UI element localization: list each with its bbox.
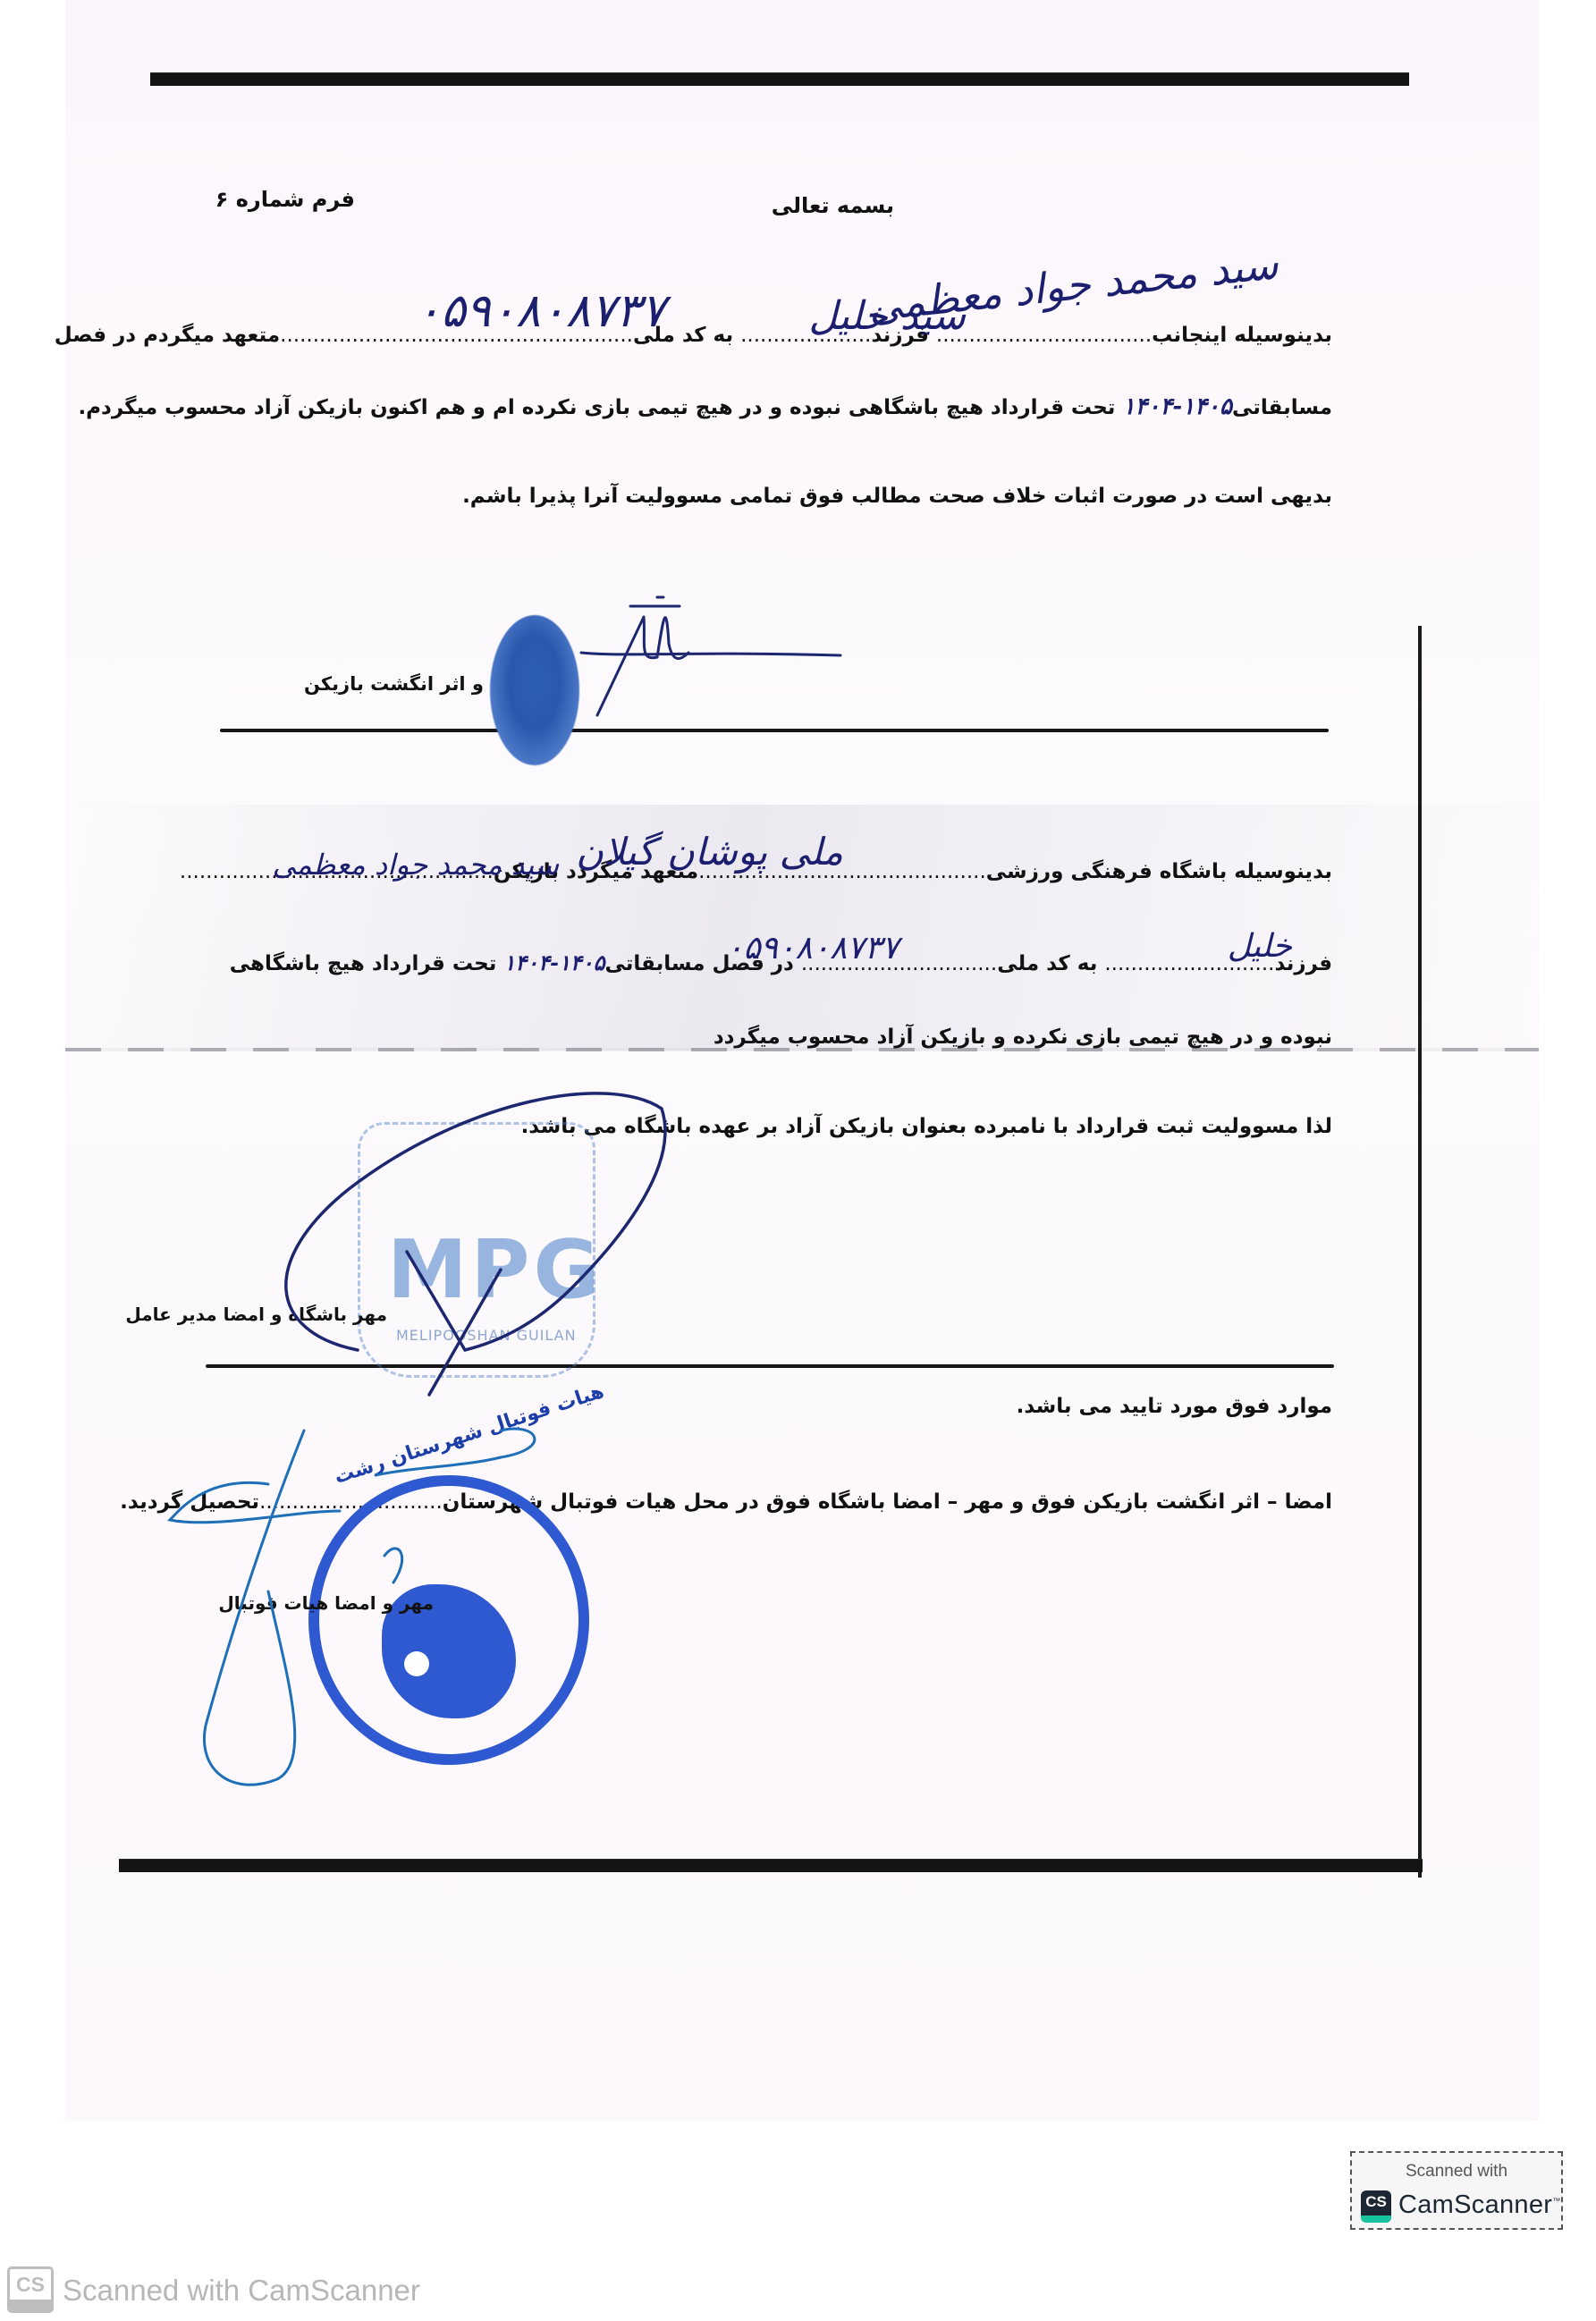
camscanner-brand: CamScanner™ xyxy=(1398,2190,1561,2220)
handwritten-father-name: سید خلیل xyxy=(808,293,966,339)
federation-line-1: موارد فوق مورد تایید می باشد. xyxy=(1017,1393,1332,1420)
handwritten-club-season: ۱۴۰۵-۱۴۰۴ xyxy=(503,949,604,975)
handwritten-national-code: ۰۵۹۰۸۰۸۷۳۷ xyxy=(416,284,665,338)
label-commit: متعهد میگردم در فصل xyxy=(55,324,280,347)
federation-emblem-ball xyxy=(404,1651,429,1676)
player-line-1: بدینوسیله اینجانب.......................… xyxy=(55,322,1332,349)
handwritten-club-father: خلیل xyxy=(1228,928,1292,965)
player-line-2-text: تحت قرارداد هیچ باشگاهی نبوده و در هیچ ت… xyxy=(78,396,1115,419)
camscanner-footer-text: Scanned with CamScanner xyxy=(63,2274,420,2308)
handwritten-season: ۱۴۰۵-۱۴۰۴ xyxy=(1122,393,1232,420)
club-line-3: نبوده و در هیچ تیمی بازی نکرده و بازیکن … xyxy=(714,1024,1332,1051)
top-border-rule xyxy=(150,73,1409,81)
club-signature-label: مهر باشگاه و امضا مدیر عامل xyxy=(125,1301,387,1328)
camscanner-badge-caption: Scanned with xyxy=(1352,2162,1561,2182)
scanned-paper xyxy=(65,0,1539,2121)
divider-player-section xyxy=(220,729,1329,732)
federation-line-2-suffix: تحصیل گردید. xyxy=(120,1490,259,1514)
federation-line-2: امضا – اثر انگشت بازیکن فوق و مهر – امضا… xyxy=(120,1489,1332,1515)
handwritten-club-name: ملی پوشان گیلان xyxy=(576,830,843,874)
form-number: فرم شماره ۶ xyxy=(215,186,355,213)
club-stamp: MPG MELIPOOSHAN GUILAN xyxy=(358,1122,595,1378)
label-club-national-code: به کد ملی xyxy=(997,952,1097,975)
player-line-2: مسابقاتی۱۴۰۵-۱۴۰۴ تحت قرارداد هیچ باشگاه… xyxy=(78,393,1332,421)
right-border-rule xyxy=(1418,626,1422,1878)
federation-line-2-text: امضا – اثر انگشت بازیکن فوق و مهر – امضا… xyxy=(443,1490,1332,1514)
federation-stamp: هیات فوتبال شهرستان رشت xyxy=(308,1475,589,1765)
label-season: مسابقاتی xyxy=(1232,396,1332,419)
camscanner-logo-icon: CS xyxy=(1361,2190,1391,2223)
club-stamp-text: MELIPOOSHAN GUILAN xyxy=(396,1327,577,1344)
handwritten-club-player: سید محمد جواد معظمی xyxy=(273,848,559,882)
player-fingerprint xyxy=(490,615,579,765)
form-title: بسمه تعالی xyxy=(772,192,894,219)
player-line-3: بدیهی است در صورت اثبات خلاف صحت مطالب ف… xyxy=(462,483,1332,510)
label-club-prefix: بدینوسیله باشگاه فرهنگی ورزشی xyxy=(986,860,1332,883)
camscanner-badge: Scanned with CS CamScanner™ xyxy=(1350,2151,1563,2230)
label-by-this: بدینوسیله اینجانب xyxy=(1152,324,1332,347)
handwritten-club-national-code: ۰۵۹۰۸۰۸۷۳۷ xyxy=(726,930,899,966)
bottom-border-rule xyxy=(119,1860,1423,1868)
federation-signature-label: مهر و امضا هیات فوتبال xyxy=(218,1590,434,1616)
divider-club-section xyxy=(206,1364,1334,1368)
field-dots: ................................. xyxy=(936,324,1152,347)
club-stamp-logo: MPG xyxy=(387,1223,603,1317)
club-line-4: لذا مسوولیت ثبت قرارداد با نامبرده بعنوا… xyxy=(521,1113,1332,1140)
camscanner-footer-logo-icon: CS xyxy=(7,2266,54,2313)
club-line-2-text: تحت قرارداد هیچ باشگاهی xyxy=(230,952,497,975)
